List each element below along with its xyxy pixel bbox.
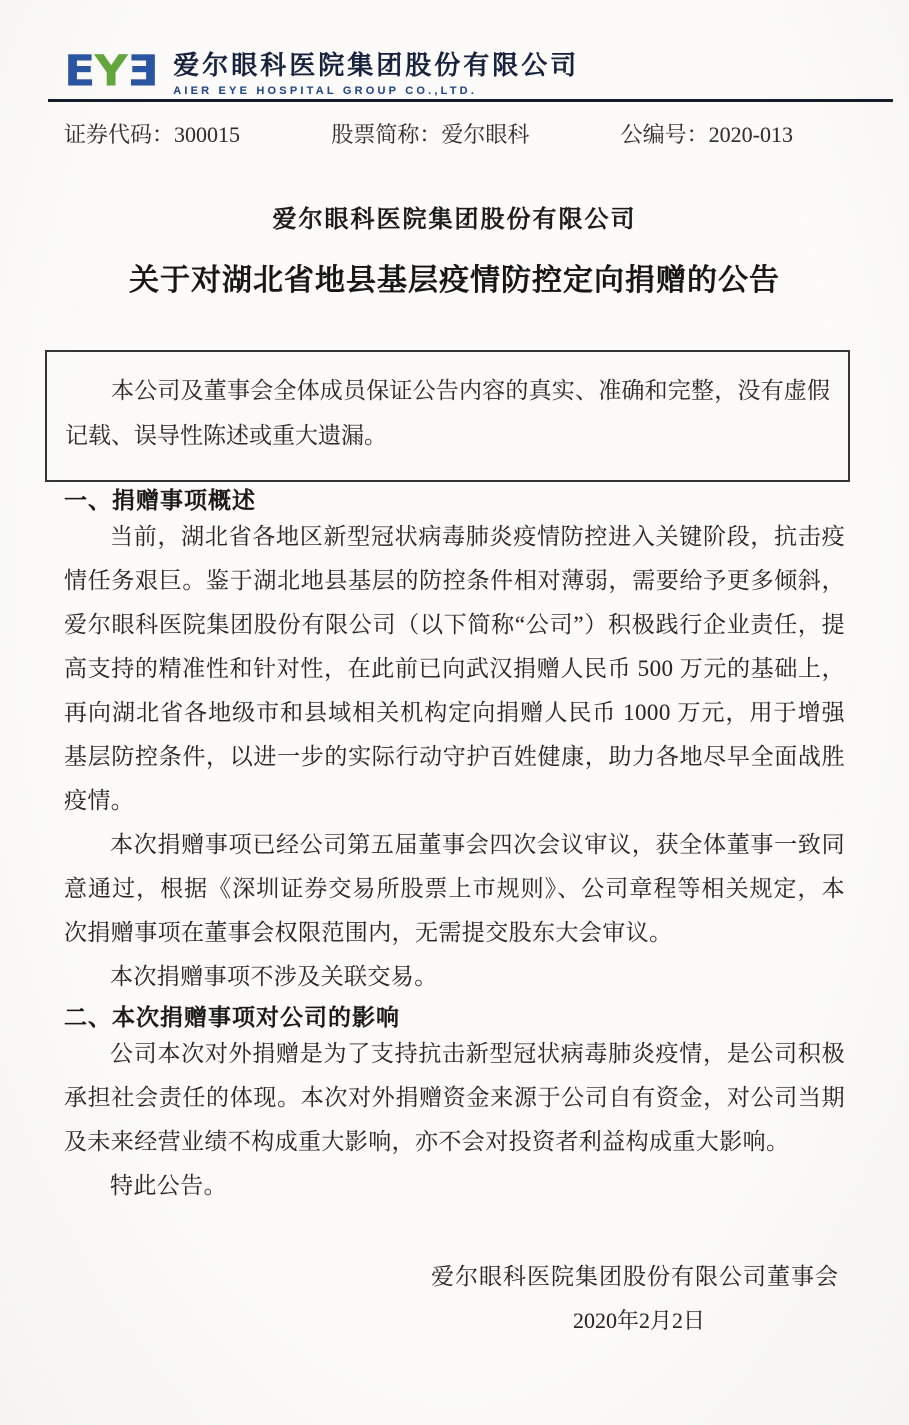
document-subtitle: 关于对湖北省地县基层疫情防控定向捐赠的公告 [64,255,845,299]
section-1-paragraph-3: 本次捐赠事项不涉及关联交易。 [64,955,845,999]
company-name-cn: 爱尔眼科医院集团股份有限公司 [173,45,579,82]
company-names: 爱尔眼科医院集团股份有限公司 AIER EYE HOSPITAL GROUP C… [173,45,579,97]
announcement-number: 公编号：2020-013 [621,118,793,149]
section-2-paragraph-1: 公司本次对外捐赠是为了支持抗击新型冠状病毒肺炎疫情，是公司积极承担社会责任的体现… [64,1032,845,1164]
document-title: 爱尔眼科医院集团股份有限公司 [64,199,845,234]
signature-block: 爱尔眼科医院集团股份有限公司董事会 2020年2月2日 [64,1258,845,1335]
logo-letter-e: E [64,50,92,92]
section-2-heading: 二、本次捐赠事项对公司的影响 [64,999,845,1032]
section-impact-on-company: 二、本次捐赠事项对公司的影响 公司本次对外捐赠是为了支持抗击新型冠状病毒肺炎疫情… [64,999,845,1164]
section-1-heading: 一、捐赠事项概述 [64,482,845,515]
section-1-paragraph-1: 当前，湖北省各地区新型冠状病毒肺炎疫情防控进入关键阶段，抗击疫情任务艰巨。鉴于湖… [64,515,845,823]
disclaimer-text: 本公司及董事会全体成员保证公告内容的真实、准确和完整，没有虚假记载、误导性陈述或… [65,368,830,458]
logo-row: E Y Ǝ 爱尔眼科医院集团股份有限公司 AIER EYE HOSPITAL G… [64,45,845,97]
announcement-page: E Y Ǝ 爱尔眼科医院集团股份有限公司 AIER EYE HOSPITAL G… [0,0,909,1425]
section-1-paragraph-2: 本次捐赠事项已经公司第五届董事会四次会议审议，获全体董事一致同意通过，根据《深圳… [64,823,845,955]
company-name-en: AIER EYE HOSPITAL GROUP CO.,LTD. [173,85,579,97]
document-body: 爱尔眼科医院集团股份有限公司 关于对湖北省地县基层疫情防控定向捐赠的公告 本公司… [64,199,845,1335]
securities-code: 证券代码：300015 [64,118,240,149]
aier-eye-logo-icon: E Y Ǝ [64,48,155,94]
board-signature: 爱尔眼科医院集团股份有限公司董事会 [64,1258,845,1291]
closing-statement: 特此公告。 [64,1164,845,1208]
header-divider [48,99,893,102]
document-header: E Y Ǝ 爱尔眼科医院集团股份有限公司 AIER EYE HOSPITAL G… [64,45,845,149]
disclaimer-box: 本公司及董事会全体成员保证公告内容的真实、准确和完整，没有虚假记载、误导性陈述或… [45,350,850,482]
logo-letter-y: Y [92,50,126,92]
securities-info-row: 证券代码：300015 股票简称：爱尔眼科 公编号：2020-013 [64,118,845,149]
section-donation-overview: 一、捐赠事项概述 当前，湖北省各地区新型冠状病毒肺炎疫情防控进入关键阶段，抗击疫… [64,482,845,999]
logo-letter-reversed-e: Ǝ [127,50,155,92]
announcement-date: 2020年2月2日 [64,1304,845,1335]
securities-short-name: 股票简称：爱尔眼科 [331,118,529,149]
